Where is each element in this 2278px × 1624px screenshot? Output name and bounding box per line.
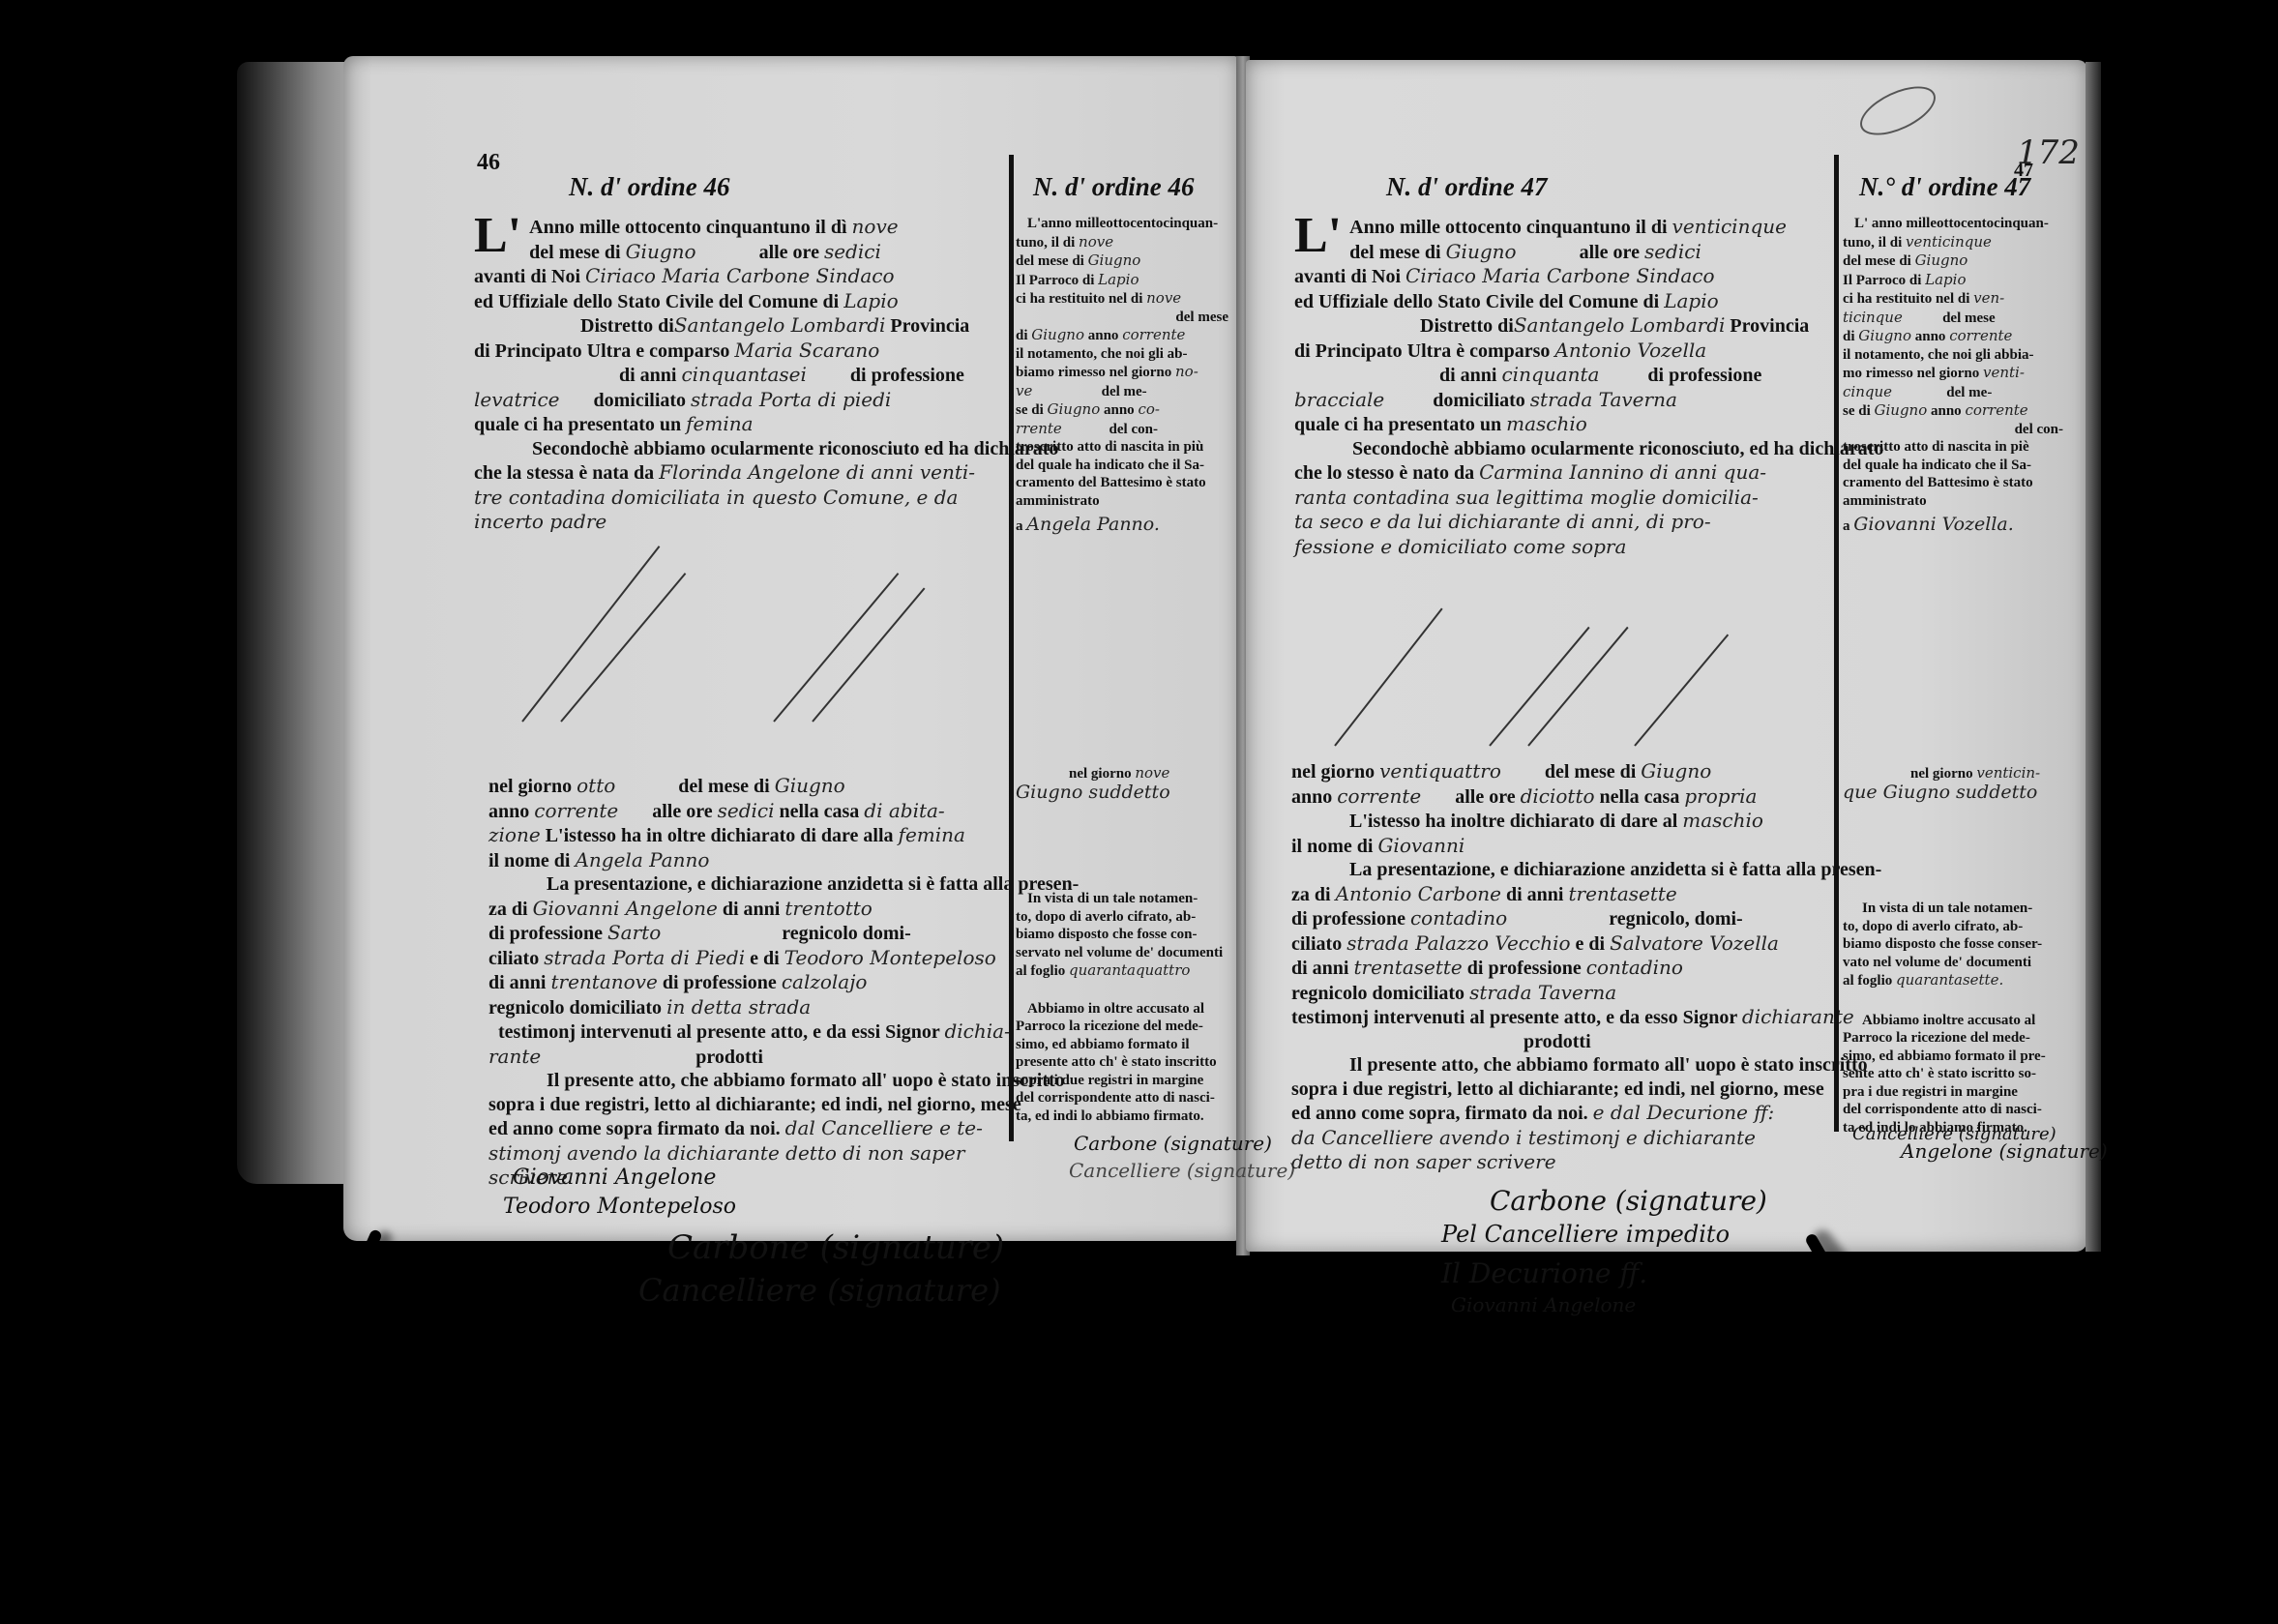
printed-text: del corrispondente atto di nasci-: [1016, 1089, 1233, 1107]
handwritten-day: venticinque: [1672, 215, 1787, 238]
printed-text: troscritto atto di nascita in piè: [1843, 438, 2075, 457]
printed-text: al foglio: [1016, 963, 1065, 979]
printed-text: di anni: [1439, 365, 1496, 386]
signature-chancellor-impeded: Pel Cancelliere impedito: [1441, 1221, 1730, 1248]
printed-text: Il Parroco di: [1016, 273, 1094, 288]
printed-text: Distretto di: [1420, 315, 1514, 337]
printed-text: regnicolo domiciliato: [1291, 983, 1464, 1004]
printed-text: Parroco la ricezione del mede-: [1016, 1018, 1233, 1036]
handwritten-age: trentasette: [1568, 882, 1676, 905]
printed-text: presente atto ch' è stato inscritto: [1016, 1053, 1233, 1072]
printed-text: di: [1016, 328, 1028, 343]
signature-witness: Giovanni Angelone: [1451, 1293, 1636, 1316]
handwritten-text: ta seco e da lui dichiarante di anni, di…: [1294, 510, 1711, 533]
printed-text: Anno mille ottocento cinquantuno il di: [1349, 217, 1667, 238]
printed-text: del quale ha indicato che il Sa-: [1016, 457, 1233, 475]
margin-signature-mayor: Carbone (signature): [1074, 1132, 1272, 1155]
printed-text: alle ore: [1455, 786, 1515, 808]
printed-text: mo rimesso nel giorno: [1843, 366, 1979, 381]
handwritten-address: strada Taverna: [1530, 388, 1677, 411]
handwritten-text: Giugno: [1048, 400, 1101, 418]
handwritten-text: rrente: [1016, 420, 1062, 437]
handwritten-age: trentasette: [1353, 956, 1462, 979]
printed-text: il nome di: [1291, 836, 1373, 857]
printed-text: La presentazione, e dichiarazione anzide…: [1349, 859, 1881, 880]
printed-text: regnicolo domi-: [782, 923, 911, 944]
left-record-body-lower: nel giorno otto del mese di Giugno anno …: [488, 774, 1011, 1191]
right-record-body-lower: nel giorno ventiquattro del mese di Giug…: [1291, 759, 1833, 1175]
printed-text: Abbiamo inoltre accusato al: [1843, 1012, 2075, 1030]
printed-text: di Principato Ultra è comparso: [1294, 340, 1550, 362]
handwritten-text: venti-: [1983, 364, 2025, 381]
printed-text: ci ha restituito nel di: [1843, 291, 1969, 307]
printed-text: testimonj intervenuti al presente atto, …: [498, 1021, 939, 1043]
handwritten-text: que Giugno suddetto: [1843, 782, 2037, 803]
signature-mayor: Carbone (signature): [667, 1228, 1004, 1267]
handwritten-sex: femina: [686, 412, 753, 435]
handwritten-text: nove: [1135, 764, 1169, 782]
printed-text: L' anno milleottocentocinquan-: [1843, 215, 2075, 233]
handwritten-month: Giugno: [626, 240, 696, 263]
printed-text: ed anno come sopra firmato da noi.: [488, 1118, 781, 1139]
signature-mayor: Carbone (signature): [1490, 1185, 1767, 1217]
printed-text: del mese: [1942, 310, 1996, 326]
handwritten-text: incerto padre: [474, 510, 606, 533]
printed-text: se di: [1843, 403, 1871, 419]
handwritten-text: propria: [1684, 784, 1757, 808]
handwritten-child-name: Giovanni: [1377, 834, 1464, 857]
printed-text: domiciliato: [594, 390, 687, 411]
handwritten-address: strada Palazzo Vecchio: [1346, 931, 1570, 955]
printed-text: del con-: [1109, 422, 1158, 437]
printed-text: di professione: [1291, 908, 1405, 930]
handwritten-witness-2: Salvatore Vozella: [1610, 931, 1779, 955]
handwritten-text: co-: [1138, 400, 1160, 418]
printed-text: servato nel volume de' documenti: [1016, 944, 1233, 962]
handwritten-text: Giugno: [1031, 326, 1084, 343]
printed-text: anno: [1291, 786, 1332, 808]
handwritten-age: trentanove: [550, 970, 657, 993]
printed-text: pra i due registri in margine: [1843, 1083, 2075, 1102]
handwritten-sex: femina: [899, 823, 965, 846]
handwritten-baptized-name: Giovanni Vozella.: [1853, 514, 2014, 535]
printed-text: sopra i due registri, letto al dichiaran…: [488, 1094, 1021, 1115]
signature-witness-2: Teodoro Montepeloso: [503, 1195, 736, 1219]
printed-text: del me-: [1946, 385, 1992, 400]
handwritten-hour: sedici: [718, 799, 775, 822]
left-margin-header: N. d' ordine 46: [1033, 172, 1195, 202]
handwritten-text: Giugno: [1858, 327, 1911, 344]
handwritten-folio: quarantaquattro: [1069, 961, 1190, 979]
printed-text: del mese di: [1349, 242, 1440, 263]
handwritten-text: zione: [488, 823, 541, 846]
printed-text: di anni: [723, 899, 780, 920]
printed-text: anno: [1104, 402, 1135, 418]
handwritten-profession: bracciale: [1294, 388, 1384, 411]
printed-text: di professione: [1647, 365, 1761, 386]
handwritten-age: cinquanta: [1501, 363, 1599, 386]
margin-divider-rule: [1009, 155, 1014, 1141]
printed-text: di professione: [1467, 958, 1582, 979]
printed-text: sopra i due registri, letto al dichiaran…: [1291, 1078, 1824, 1100]
handwritten-profession: Sarto: [607, 921, 661, 944]
printed-text: prodotti: [1524, 1031, 1591, 1052]
printed-text: del mese di: [1545, 761, 1636, 782]
handwritten-text: ven-: [1973, 289, 2004, 307]
printed-text: Il presente atto, che abbiamo formato al…: [1349, 1054, 1868, 1076]
handwritten-text: venticin-: [1976, 764, 2040, 782]
printed-text: Provincia: [890, 315, 969, 337]
left-margin-body-lower: nel giorno nove Giugno suddetto In vista…: [1016, 764, 1233, 1125]
printed-text: to, dopo di averlo cifrato, ab-: [1843, 918, 2075, 936]
printed-text: nel giorno: [488, 776, 572, 797]
handwritten-text: nove: [1079, 233, 1113, 251]
margin-signature-chancellor: Cancelliere (signature): [1069, 1159, 1295, 1182]
printed-text: avanti di Noi: [474, 266, 580, 287]
right-page-edge: [2086, 62, 2101, 1252]
printed-text: nella casa: [1600, 786, 1680, 808]
handwritten-text: ticinque: [1843, 309, 1903, 326]
handwritten-text: corrente: [1337, 784, 1421, 808]
printed-text: Secondochè abbiamo ocularmente riconosci…: [532, 438, 1058, 459]
printed-text: anno: [1915, 329, 1946, 344]
drop-cap: L': [1294, 215, 1342, 257]
printed-text: ciliato: [488, 948, 539, 969]
printed-text: La presentazione, e dichiarazione anzide…: [547, 873, 1079, 895]
printed-text: del mese di: [678, 776, 769, 797]
printed-text: del con-: [1843, 421, 2075, 439]
handwritten-comune: Lapio: [843, 289, 898, 312]
handwritten-text: Giugno: [1088, 251, 1141, 269]
printed-text: tuno, il di: [1016, 235, 1075, 251]
handwritten-text: detto di non saper scrivere: [1291, 1150, 1556, 1173]
printed-text: cramento del Battesimo è stato: [1016, 474, 1233, 492]
printed-text: L'istesso ha in oltre dichiarato di dare…: [546, 825, 894, 846]
printed-text: quale ci ha presentato un: [1294, 414, 1501, 435]
printed-text: L'anno milleottocentocinquan-: [1016, 215, 1233, 233]
handwritten-text: Lapio: [1098, 271, 1139, 288]
handwritten-folio: quarantasette.: [1896, 971, 2003, 989]
printed-text: ed Uffiziale dello Stato Civile del Comu…: [1294, 291, 1659, 312]
signature-decurione: Il Decurione ff.: [1441, 1257, 1647, 1289]
handwritten-text: ve: [1016, 382, 1032, 399]
handwritten-text: di abita-: [864, 799, 944, 822]
printed-text: testimonj intervenuti al presente atto, …: [1291, 1007, 1737, 1028]
handwritten-birth-day: otto: [577, 774, 615, 797]
printed-text: del me-: [1102, 384, 1147, 399]
printed-text: del mese di: [1016, 253, 1084, 269]
handwritten-month: Giugno: [1446, 240, 1517, 263]
handwritten-mother: Florinda Angelone di anni venti-: [659, 460, 975, 484]
printed-text: amministrato: [1843, 492, 2075, 511]
printed-text: di professione: [488, 923, 603, 944]
printed-text: nel giorno: [1291, 761, 1375, 782]
handwritten-text: Giugno: [1915, 251, 1968, 269]
printed-text: a: [1843, 518, 1850, 534]
scanned-register-book: 46 N. d' ordine 46 L' Anno mille ottocen…: [0, 0, 2278, 1624]
printed-text: e di: [750, 948, 780, 969]
handwritten-hour: diciotto: [1521, 784, 1595, 808]
printed-text: prodotti: [695, 1047, 763, 1068]
margin-signature-angelone: Angelone (signature): [1901, 1139, 2108, 1163]
handwritten-address: strada Taverna: [1469, 981, 1616, 1004]
printed-text: ed anno come sopra, firmato da noi.: [1291, 1103, 1588, 1124]
printed-text: sopra i due registri in margine: [1016, 1072, 1233, 1090]
printed-text: troscritto atto di nascita in più: [1016, 438, 1233, 457]
printed-text: di Principato Ultra e comparso: [474, 340, 729, 362]
handwritten-child-name: Angela Panno: [575, 848, 709, 871]
underlying-pages-edge: [237, 62, 353, 1184]
handwritten-text: stimonj avendo la dichiarante detto di n…: [488, 1141, 964, 1165]
handwritten-witness-1: Giovanni Angelone: [533, 897, 718, 920]
printed-text: vato nel volume de' documenti: [1843, 954, 2075, 972]
left-record-body: L' Anno mille ottocento cinquantuno il d…: [474, 215, 1006, 535]
page-clip-left: [310, 1228, 383, 1374]
printed-text: il notamento, che noi gli abbia-: [1843, 346, 2075, 365]
printed-text: che la stessa è nata da: [474, 462, 654, 484]
handwritten-text: Lapio: [1925, 271, 1966, 288]
handwritten-district: Santangelo Lombardi: [674, 313, 886, 337]
signature-chancellor: Cancelliere (signature): [638, 1272, 1001, 1309]
printed-text: alle ore: [652, 801, 712, 822]
right-record-body: L' Anno mille ottocento cinquantuno il d…: [1294, 215, 1836, 559]
printed-text: anno: [1931, 403, 1962, 419]
handwritten-text: rante: [488, 1045, 541, 1068]
handwritten-text: cinque: [1843, 383, 1892, 400]
left-page-number: 46: [477, 150, 500, 176]
printed-text: to, dopo di averlo cifrato, ab-: [1016, 908, 1233, 927]
printed-text: e di: [1576, 933, 1606, 955]
printed-text: In vista di un tale notamen-: [1016, 890, 1233, 908]
handwritten-age: trentotto: [784, 897, 873, 920]
printed-text: za di: [488, 899, 528, 920]
handwritten-sex: maschio: [1506, 412, 1587, 435]
printed-text: a: [1016, 518, 1023, 534]
handwritten-text: nove: [1146, 289, 1181, 307]
printed-text: Anno mille ottocento cinquantuno il dì: [529, 217, 846, 238]
printed-text: regnicolo, domi-: [1609, 908, 1743, 930]
handwritten-text: corrente: [1122, 326, 1185, 343]
printed-text: Il presente atto, che abbiamo formato al…: [547, 1070, 1065, 1091]
right-margin-body-lower: nel giorno venticin- que Giugno suddetto…: [1843, 764, 2075, 1137]
handwritten-profession: contadino: [1586, 956, 1683, 979]
handwritten-text: dichia-: [944, 1019, 1010, 1043]
handwritten-witness-2: Teodoro Montepeloso: [784, 946, 996, 969]
printed-text: del mese di: [529, 242, 620, 263]
handwritten-text: corrente: [1965, 401, 2027, 419]
handwritten-address: strada Porta di Piedi: [544, 946, 745, 969]
printed-text: il nome di: [488, 850, 570, 871]
handwritten-mother: Carmina Iannino di anni qua-: [1479, 460, 1766, 484]
printed-text: cramento del Battesimo è stato: [1843, 474, 2075, 492]
printed-text: del corrispondente atto di nasci-: [1843, 1101, 2075, 1119]
printed-text: anno: [488, 801, 529, 822]
printed-text: ciliato: [1291, 933, 1342, 955]
printed-text: regnicolo domiciliato: [488, 997, 662, 1019]
printed-text: alle ore: [759, 242, 819, 263]
printed-text: Abbiamo in oltre accusato al: [1016, 1000, 1233, 1019]
handwritten-witness-1: Antonio Carbone: [1336, 882, 1501, 905]
printed-text: di anni: [488, 972, 546, 993]
right-record-header: N. d' ordine 47: [1386, 172, 1548, 202]
signature-witness-1: Giovanni Angelone: [513, 1166, 716, 1190]
handwritten-declarant: Maria Scarano: [734, 339, 879, 362]
handwritten-profession: levatrice: [474, 388, 560, 411]
printed-text: se di: [1016, 402, 1044, 418]
printed-text: nel giorno: [1069, 766, 1132, 782]
handwritten-text: Giugno: [1875, 401, 1928, 419]
printed-text: L'istesso ha inoltre dichiarato di dare …: [1349, 811, 1677, 832]
printed-text: sente atto ch' è stato iscritto so-: [1843, 1065, 2075, 1083]
printed-text: Il Parroco di: [1843, 273, 1921, 288]
printed-text: anno: [1088, 328, 1119, 343]
printed-text: di: [1843, 329, 1855, 344]
handwritten-hour: sedici: [824, 240, 881, 263]
printed-text: di anni: [619, 365, 676, 386]
handwritten-address: strada Porta di piedi: [691, 388, 891, 411]
printed-text: Parroco la ricezione del mede-: [1843, 1029, 2075, 1048]
handwritten-address: in detta strada: [666, 995, 811, 1019]
printed-text: del quale ha indicato che il Sa-: [1843, 457, 2075, 475]
drop-cap: L': [474, 215, 521, 257]
printed-text: nella casa: [780, 801, 860, 822]
printed-text: biamo disposto che fosse conser-: [1843, 935, 2075, 954]
handwritten-profession: contadino: [1410, 906, 1507, 930]
handwritten-month: Giugno: [1641, 759, 1711, 782]
handwritten-text: da Cancelliere avendo i testimonj e dich…: [1291, 1126, 1756, 1149]
right-margin-header: N.° d' ordine 47: [1859, 172, 2030, 202]
printed-text: del mese di: [1843, 253, 1911, 269]
printed-text: simo, ed abbiamo formato il pre-: [1843, 1048, 2075, 1066]
printed-text: tuno, il di: [1843, 235, 1902, 251]
printed-text: quale ci ha presentato un: [474, 414, 681, 435]
printed-text: di professione: [850, 365, 964, 386]
handwritten-sex: maschio: [1682, 809, 1763, 832]
printed-text: Distretto di: [580, 315, 674, 337]
handwritten-profession: calzolajo: [782, 970, 868, 993]
printed-text: ci ha restituito nel di: [1016, 291, 1142, 307]
handwritten-text: corrente: [534, 799, 618, 822]
handwritten-text: no-: [1175, 363, 1198, 380]
handwritten-text: corrente: [1949, 327, 2012, 344]
printed-text: ed Uffiziale dello Stato Civile del Comu…: [474, 291, 839, 312]
handwritten-text: e dal Decurione ff:: [1593, 1101, 1775, 1124]
margin-divider-rule: [1834, 155, 1839, 1132]
handwritten-hour: sedici: [1644, 240, 1701, 263]
handwritten-declarant: Antonio Vozella: [1554, 339, 1706, 362]
printed-text: alle ore: [1580, 242, 1640, 263]
handwritten-day: nove: [852, 215, 899, 238]
printed-text: amministrato: [1016, 492, 1233, 511]
handwritten-month: Giugno: [775, 774, 845, 797]
printed-text: il notamento, che noi gli ab-: [1016, 345, 1233, 364]
printed-text: di professione: [663, 972, 777, 993]
printed-text: Secondochè abbiamo ocularmente riconosci…: [1352, 438, 1883, 459]
printed-text: di anni: [1291, 958, 1348, 979]
handwritten-official: Ciriaco Maria Carbone Sindaco: [1405, 264, 1714, 287]
handwritten-district: Santangelo Lombardi: [1514, 313, 1726, 337]
printed-text: del mese: [1016, 309, 1233, 327]
printed-text: nel giorno: [1910, 766, 1973, 782]
right-margin-body: L' anno milleottocentocinquan- tuno, il …: [1843, 215, 2075, 536]
left-margin-body: L'anno milleottocentocinquan- tuno, il d…: [1016, 215, 1233, 536]
handwritten-official: Ciriaco Maria Carbone Sindaco: [585, 264, 894, 287]
printed-text: Provincia: [1730, 315, 1809, 337]
printed-text: ta, ed indi lo abbiamo firmato.: [1016, 1107, 1233, 1126]
handwritten-baptized-name: Angela Panno.: [1026, 514, 1160, 535]
printed-text: al foglio: [1843, 973, 1892, 989]
handwritten-birth-day: ventiquattro: [1379, 759, 1501, 782]
left-record-header: N. d' ordine 46: [569, 172, 730, 202]
printed-text: biamo rimesso nel giorno: [1016, 365, 1171, 380]
printed-text: In vista di un tale notamen-: [1843, 900, 2075, 918]
printed-text: avanti di Noi: [1294, 266, 1401, 287]
handwritten-text: fessione e domiciliato come sopra: [1294, 535, 1626, 558]
handwritten-text: venticinque: [1906, 233, 1992, 251]
printed-text: za di: [1291, 884, 1331, 905]
printed-text: biamo disposto che fosse con-: [1016, 926, 1233, 944]
handwritten-age: cinquantasei: [681, 363, 806, 386]
printed-text: domiciliato: [1433, 390, 1525, 411]
handwritten-text: Giugno suddetto: [1016, 782, 1170, 803]
handwritten-text: ranta contadina sua legittima moglie dom…: [1294, 486, 1759, 509]
handwritten-text: dal Cancelliere e te-: [785, 1116, 983, 1139]
printed-text: di anni: [1506, 884, 1563, 905]
printed-text: simo, ed abbiamo formato il: [1016, 1036, 1233, 1054]
handwritten-text: tre contadina domiciliata in questo Comu…: [474, 486, 958, 509]
handwritten-comune: Lapio: [1664, 289, 1718, 312]
printed-text: che lo stesso è nato da: [1294, 462, 1474, 484]
